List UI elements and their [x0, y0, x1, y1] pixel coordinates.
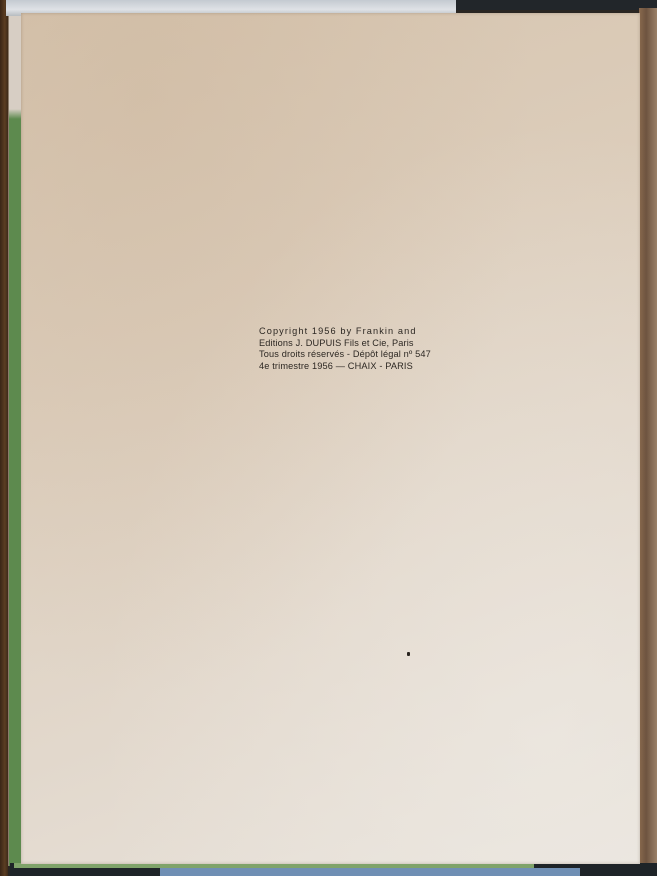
background-top [456, 0, 657, 10]
right-cover-edge [639, 8, 657, 876]
colophon-text-block: Copyright 1956 by Franki​n and Editions … [259, 326, 431, 372]
book-page: Copyright 1956 by Franki​n and Editions … [21, 13, 640, 864]
printer-line: 4e trimestre 1956 — CHAIX - PARIS [259, 361, 431, 373]
legal-deposit-line: Tous droits réservés - Dépôt légal nº 54… [259, 349, 431, 361]
bottom-surface [160, 868, 580, 876]
publisher-line: Editions J. DUPUIS Fils et Cie, Paris [259, 338, 431, 350]
paper-speck [407, 652, 410, 656]
book-spine-edge [0, 0, 8, 876]
inner-cover-strip [8, 14, 21, 866]
copyright-line: Copyright 1956 by Franki​n and [259, 326, 431, 338]
